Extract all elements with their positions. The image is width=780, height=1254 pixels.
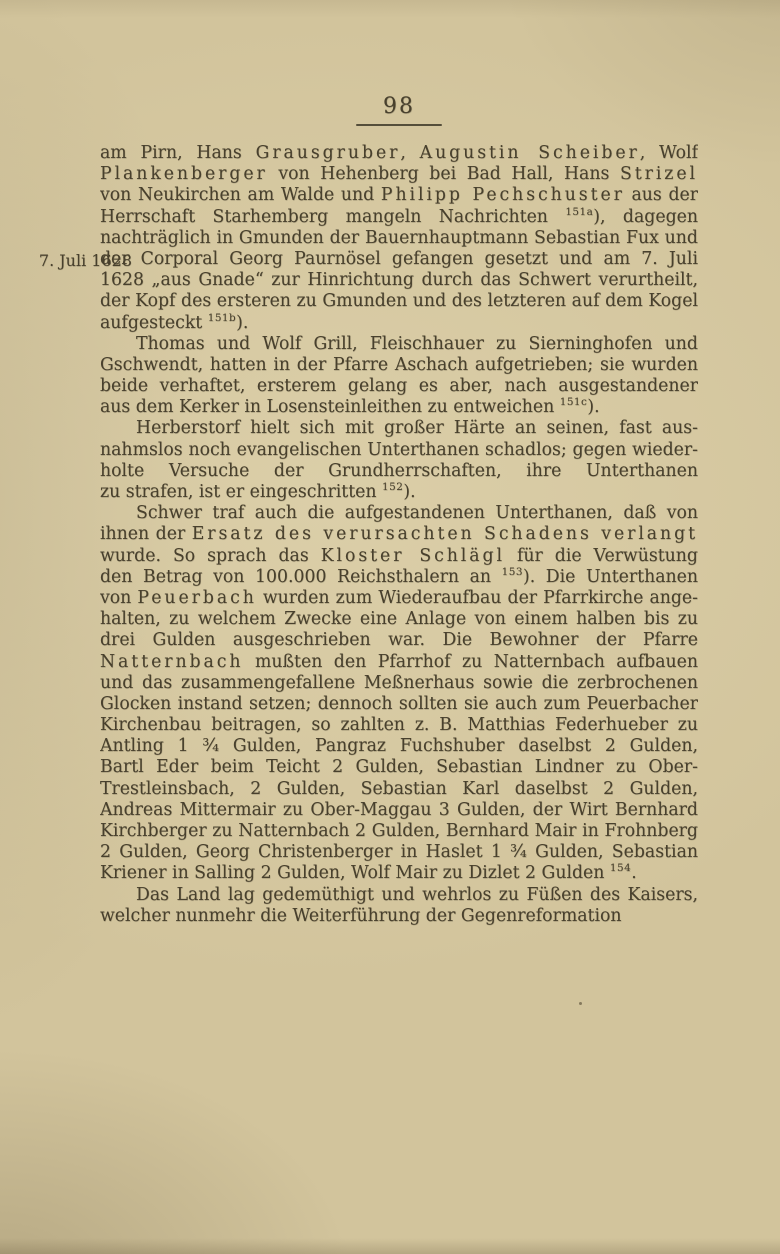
text-segment: Plankenberger — [100, 164, 268, 184]
text-line: von Peuerbach wurden zum Wiederaufbau de… — [100, 588, 698, 609]
text-segment: Antling 1 ³⁄₄ Gulden, Pangraz Fuchshuber… — [100, 736, 698, 756]
paragraph: Herberstorf hielt sich mit großer Härte … — [100, 418, 698, 503]
text-segment: drei Gulden ausgeschrieben war. Die Bewo… — [100, 630, 698, 650]
text-line: Gschwendt, hatten in der Pfarre Aschach … — [100, 355, 698, 376]
text-segment: Kirchenbau beitragen, so zahlten z. B. M… — [100, 715, 698, 735]
text-segment: 1628 „aus Gnade“ zur Hinrichtung durch d… — [100, 270, 698, 290]
text-line: Kriener in Salling 2 Gulden, Wolf Mair z… — [100, 863, 698, 884]
text-segment: wurde. So sprach das — [100, 546, 321, 566]
text-line: aus dem Kerker in Losensteinleithen zu e… — [100, 397, 698, 418]
text-segment: mußten den Pfarrhof zu Natternbach aufba… — [243, 652, 698, 672]
text-segment: Kloster Schlägl — [321, 546, 505, 566]
paragraph: Schwer traf auch die aufgestandenen Unte… — [100, 503, 698, 884]
text-segment: ). — [236, 313, 248, 333]
text-line: am Pirn, Hans Grausgruber, Augustin Sche… — [100, 143, 698, 164]
text-line: Natternbach mußten den Pfarrhof zu Natte… — [100, 652, 698, 673]
text-line: ihnen der Ersatz des verursachten Schade… — [100, 524, 698, 545]
text-segment: nachträglich in Gmunden der Bauernhauptm… — [100, 228, 698, 248]
text-line: von Neukirchen am Walde und Philipp Pech… — [100, 185, 698, 206]
text-segment: wurden zum Wiederaufbau der Pfarrkirche … — [257, 588, 698, 608]
text-segment: Bartl Eder beim Teicht 2 Gulden, Sebasti… — [100, 757, 698, 777]
text-segment: . — [631, 863, 637, 883]
text-segment: Das Land lag gedemüthigt und wehrlos zu … — [136, 885, 698, 905]
paragraph: am Pirn, Hans Grausgruber, Augustin Sche… — [100, 143, 698, 334]
page-number-rule — [356, 124, 442, 126]
text-line: Das Land lag gedemüthigt und wehrlos zu … — [100, 885, 698, 906]
text-block: am Pirn, Hans Grausgruber, Augustin Sche… — [100, 143, 698, 927]
text-line: welcher nunmehr die Weiterführung der Ge… — [100, 906, 698, 927]
text-line: Thomas und Wolf Grill, Fleischhauer zu S… — [100, 334, 698, 355]
footnote-reference: 153 — [502, 567, 523, 578]
text-line: Trestleinsbach, 2 Gulden, Sebastian Karl… — [100, 779, 698, 800]
footnote-reference: 154 — [610, 863, 631, 874]
text-segment: von — [100, 588, 137, 608]
text-segment: Glocken instand setzen; dennoch sollten … — [100, 694, 698, 714]
text-segment: ). — [403, 482, 415, 502]
book-page: 98 7. Juli 1628 am Pirn, Hans Grausgrube… — [0, 0, 780, 1254]
text-segment: ). Die Unterthanen — [523, 567, 698, 587]
text-line: drei Gulden ausgeschrieben war. Die Bewo… — [100, 630, 698, 651]
text-line: beide verhaftet, ersterem gelang es aber… — [100, 376, 698, 397]
text-segment: für die Verwüstung — [505, 546, 698, 566]
text-segment: Andreas Mittermair zu Ober-Maggau 3 Guld… — [100, 800, 698, 820]
text-segment: Herrschaft Starhemberg mangeln Nachricht… — [100, 207, 565, 227]
text-segment: 2 Gulden, Georg Christenberger in Haslet… — [100, 842, 698, 862]
text-segment: Gschwendt, hatten in der Pfarre Aschach … — [100, 355, 698, 375]
text-segment: aus dem Kerker in Losensteinleithen zu e… — [100, 397, 560, 417]
page-header: 98 — [100, 94, 698, 126]
text-segment: , Wolf — [640, 143, 698, 163]
footnote-reference: 151c — [560, 397, 588, 408]
footnote-reference: 151a — [565, 207, 593, 218]
text-line: den Betrag von 100.000 Reichsthalern an … — [100, 567, 698, 588]
text-segment: ihnen der — [100, 524, 192, 544]
text-line: 1628 „aus Gnade“ zur Hinrichtung durch d… — [100, 270, 698, 291]
text-line: Schwer traf auch die aufgestandenen Unte… — [100, 503, 698, 524]
text-line: Bartl Eder beim Teicht 2 Gulden, Sebasti… — [100, 757, 698, 778]
text-segment: Peuerbach — [137, 588, 256, 608]
text-segment: aus der — [625, 185, 698, 205]
text-line: Kirchberger zu Natternbach 2 Gulden, Ber… — [100, 821, 698, 842]
text-line: 2 Gulden, Georg Christenberger in Haslet… — [100, 842, 698, 863]
paragraph: Thomas und Wolf Grill, Fleischhauer zu S… — [100, 334, 698, 419]
text-line: Andreas Mittermair zu Ober-Maggau 3 Guld… — [100, 800, 698, 821]
text-line: der Kopf des ersteren zu Gmunden und des… — [100, 291, 698, 312]
text-line: Plankenberger von Hehenberg bei Bad Hall… — [100, 164, 698, 185]
text-segment: Schwer traf auch die aufgestandenen Unte… — [136, 503, 698, 523]
text-segment: , — [400, 143, 419, 163]
text-segment: aufgesteckt — [100, 313, 208, 333]
footnote-reference: 152 — [382, 482, 403, 493]
text-segment: der Corporal Georg Paurnösel gefangen ge… — [100, 249, 698, 269]
text-segment: von Hehenberg bei Bad Hall, Hans — [268, 164, 620, 184]
text-segment: Grausgruber — [256, 143, 401, 163]
text-line: zu strafen, ist er eingeschritten 152). — [100, 482, 698, 503]
text-segment: Trestleinsbach, 2 Gulden, Sebastian Karl… — [100, 779, 698, 799]
text-segment: beide verhaftet, ersterem gelang es aber… — [100, 376, 698, 397]
page-number: 98 — [100, 94, 698, 119]
ink-speck — [579, 1002, 582, 1005]
text-segment: Augustin Scheiber — [420, 143, 640, 163]
text-segment: ). — [587, 397, 599, 417]
text-line: der Corporal Georg Paurnösel gefangen ge… — [100, 249, 698, 270]
text-segment: den Betrag von 100.000 Reichsthalern an — [100, 567, 502, 587]
text-segment: Natternbach — [100, 652, 243, 672]
text-segment: Kirchberger zu Natternbach 2 Gulden, Ber… — [100, 821, 698, 841]
text-line: aufgesteckt 151b). — [100, 313, 698, 334]
text-line: Herrschaft Starhemberg mangeln Nachricht… — [100, 207, 698, 228]
text-segment: Strizel — [620, 164, 698, 184]
text-segment: und das zusammengefallene Meßnerhaus sow… — [100, 673, 698, 693]
paragraph: Das Land lag gedemüthigt und wehrlos zu … — [100, 885, 698, 927]
text-line: nachträglich in Gmunden der Bauernhauptm… — [100, 228, 698, 249]
text-segment: zu strafen, ist er eingeschritten — [100, 482, 382, 502]
text-segment: Ersatz des verursachten Schadens verlang… — [192, 524, 698, 544]
text-line: und das zusammengefallene Meßnerhaus sow… — [100, 673, 698, 694]
text-segment: Thomas und Wolf Grill, Fleischhauer zu S… — [136, 334, 698, 354]
text-line: Glocken instand setzen; dennoch sollten … — [100, 694, 698, 715]
text-line: nahmslos noch evangelischen Unterthanen … — [100, 440, 698, 461]
text-segment: am Pirn, Hans — [100, 143, 256, 163]
text-segment: von Neukirchen am Walde und — [100, 185, 381, 205]
footnote-reference: 151b — [208, 313, 236, 324]
text-line: Kirchenbau beitragen, so zahlten z. B. M… — [100, 715, 698, 736]
text-line: Herberstorf hielt sich mit großer Härte … — [100, 418, 698, 439]
text-segment: Kriener in Salling 2 Gulden, Wolf Mair z… — [100, 863, 610, 883]
text-line: halten, zu welchem Zwecke eine Anlage vo… — [100, 609, 698, 630]
text-line: wurde. So sprach das Kloster Schlägl für… — [100, 546, 698, 567]
text-segment: Herberstorf hielt sich mit großer Härte … — [136, 418, 698, 438]
text-segment: Philipp Pechschuster — [381, 185, 625, 205]
text-line: Antling 1 ³⁄₄ Gulden, Pangraz Fuchshuber… — [100, 736, 698, 757]
text-segment: holte Versuche der Grundherrschaften, ih… — [100, 461, 698, 482]
text-line: holte Versuche der Grundherrschaften, ih… — [100, 461, 698, 482]
text-segment: welcher nunmehr die Weiterführung der Ge… — [100, 906, 622, 927]
text-segment: halten, zu welchem Zwecke eine Anlage vo… — [100, 609, 698, 629]
text-segment: der Kopf des ersteren zu Gmunden und des… — [100, 291, 698, 311]
text-segment: nahmslos noch evangelischen Unterthanen … — [100, 440, 698, 460]
